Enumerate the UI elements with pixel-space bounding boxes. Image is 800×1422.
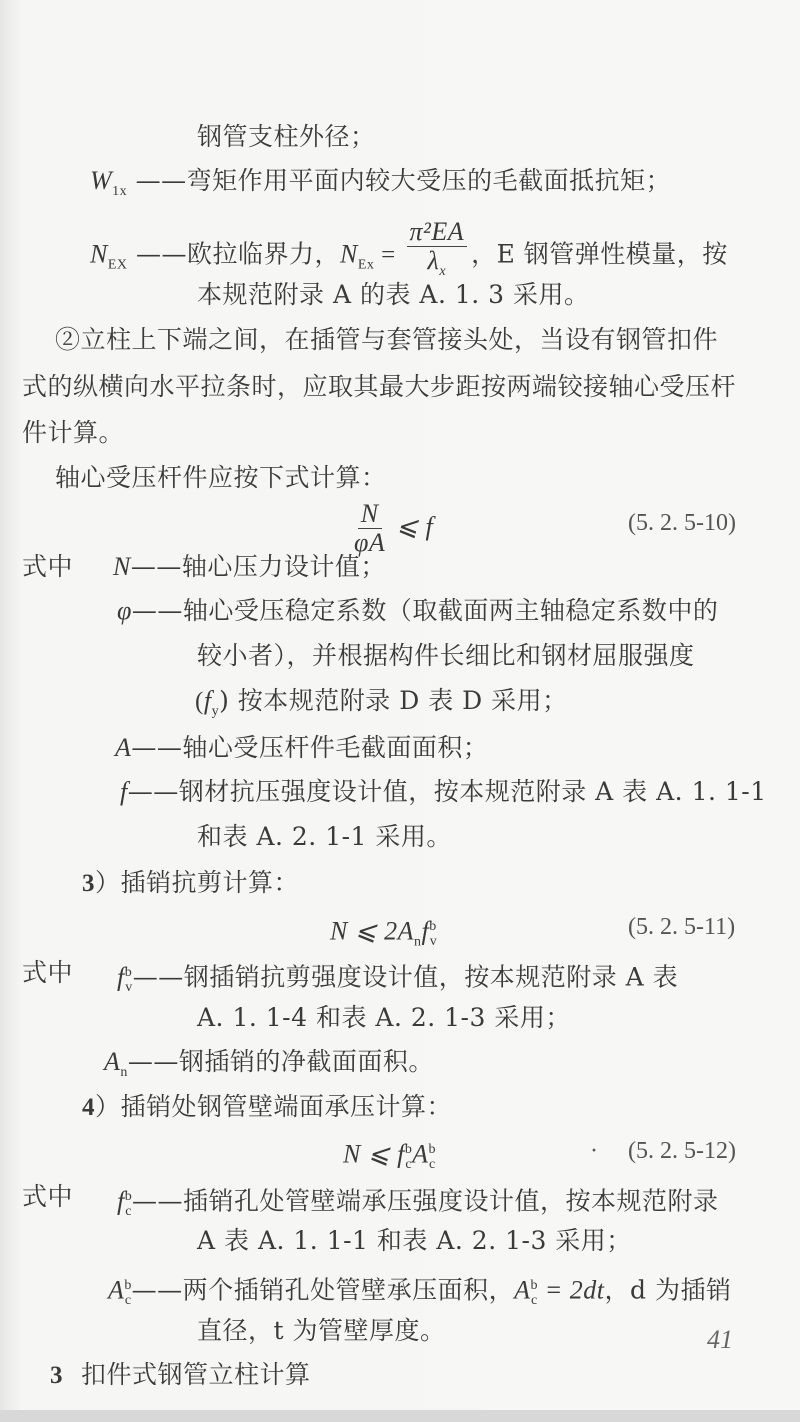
symbol-f: f: [117, 962, 125, 991]
symbol-n: N: [113, 552, 131, 581]
text-line: 直径，t 为管壁厚度。: [197, 1316, 446, 1346]
symbol-sub: n: [414, 934, 422, 949]
item-3-heading: 3）插销抗剪计算：: [82, 868, 299, 899]
text-line: (fy) 按本规范附录 D 表 D 采用；: [195, 686, 568, 727]
section-3-heading: 3扣件式钢管立柱计算: [50, 1360, 311, 1391]
equation-number: (5. 2. 5-12): [628, 1138, 736, 1165]
symbol-sub: c: [531, 1293, 538, 1308]
symbol-sub: x: [439, 264, 446, 279]
page-bottom-edge: [0, 1410, 800, 1422]
symbol-n: N: [90, 240, 108, 269]
symbol-sub: c: [429, 1157, 436, 1172]
equation-number: (5. 2. 5-11): [628, 914, 735, 941]
definition-text: ——轴心压力设计值；: [131, 552, 386, 581]
symbol-sub: EX: [108, 258, 128, 273]
definition-text: ——轴心受压稳定系数（取截面两主轴稳定系数中的: [132, 596, 719, 625]
text-line: 本规范附录 A 的表 A. 1. 3 采用。: [197, 280, 590, 310]
symbol-sub: n: [120, 1065, 128, 1080]
equation-text: N ⩽ 2A: [330, 916, 414, 945]
definition-text: ——钢插销抗剪强度设计值，按本规范附录 A 表: [133, 962, 678, 991]
equation-text: = 2dt: [538, 1275, 605, 1304]
symbol-f: f: [117, 1186, 125, 1215]
item-title: ）插销处钢管壁端面承压计算：: [95, 1092, 452, 1121]
lambda-symbol: λ: [428, 246, 440, 275]
item-title: ）插销抗剪计算：: [95, 868, 299, 897]
definition-text: ，E 钢管弹性模量，按: [471, 240, 728, 269]
fraction: π²EA λx: [407, 218, 468, 286]
equation-number: (5. 2. 5-10): [628, 510, 736, 537]
definition-text: ) 按本规范附录 D 表 D 采用；: [219, 686, 568, 715]
symbol-sub: v: [125, 980, 133, 995]
symbol-a: A: [514, 1275, 530, 1304]
definition-text: ——插销孔处管壁端承压强度设计值，按本规范附录: [132, 1186, 719, 1215]
definition-w1x: W1x ——弯矩作用平面内较大受压的毛截面抵抗矩；: [90, 166, 671, 207]
symbol-sup: b: [429, 919, 437, 934]
item-4-heading: 4）插销处钢管壁端面承压计算：: [82, 1092, 452, 1123]
equation-5-2-5-12: N ⩽ fbcAbc: [343, 1135, 436, 1180]
definition-phi: φ——轴心受压稳定系数（取截面两主轴稳定系数中的: [117, 596, 718, 626]
item-number: 3: [82, 870, 95, 897]
definition-text: ——两个插销孔处管壁承压面积，: [132, 1275, 515, 1304]
equals-sign: =: [374, 242, 402, 269]
fraction: N φA: [354, 500, 385, 557]
definition-a: A——轴心受压杆件毛截面面积；: [115, 733, 488, 763]
symbol-sub: v: [430, 934, 438, 949]
definition-acb: Abc——两个插销孔处管壁承压面积，Abc = 2dt，d 为插销: [108, 1271, 731, 1316]
text-line: 钢管支柱外径；: [197, 122, 376, 152]
symbol-sub: c: [125, 1293, 132, 1308]
symbol-a: A: [115, 733, 131, 762]
paren: (: [195, 688, 204, 715]
equation-5-2-5-10: N φA ⩽ f: [350, 500, 433, 557]
text-line: 轴心受压杆件应按下式计算：: [55, 463, 387, 493]
text-line: A 表 A. 1. 1-1 和表 A. 2. 1-3 采用；: [197, 1226, 632, 1256]
definition-fcb: fbc——插销孔处管壁端承压强度设计值，按本规范附录: [117, 1182, 718, 1227]
item-number: 4: [82, 1094, 95, 1121]
definition-text: ——钢插销的净截面面积。: [128, 1047, 434, 1076]
symbol-w: W: [90, 166, 112, 195]
equation-relation: ⩽ f: [389, 512, 433, 541]
definition-text: ——钢材抗压强度设计值，按本规范附录 A 表 A. 1. 1-1: [128, 777, 767, 806]
paragraph-line: ②立柱上下端之间，在插管与套管接头处，当设有钢管扣件: [55, 325, 718, 355]
symbol-a: A: [412, 1139, 428, 1168]
document-page: 钢管支柱外径； W1x ——弯矩作用平面内较大受压的毛截面抵抗矩； NEX ——…: [0, 0, 800, 1410]
definition-text: ，d 为插销: [605, 1275, 732, 1304]
symbol-f: f: [120, 777, 128, 806]
where-label: 式中: [22, 958, 73, 988]
fraction-numerator: π²EA: [407, 218, 468, 247]
symbol-f: f: [204, 686, 212, 715]
text-line: 和表 A. 2. 1-1 采用。: [197, 822, 452, 852]
section-title: 扣件式钢管立柱计算: [81, 1360, 311, 1389]
paragraph-line: 件计算。: [22, 418, 124, 448]
section-number: 3: [50, 1362, 63, 1389]
formula-symbol: N: [340, 240, 358, 269]
page-number: 41: [707, 1325, 733, 1355]
equation-text: N ⩽ f: [343, 1139, 405, 1168]
definition-f: f——钢材抗压强度设计值，按本规范附录 A 表 A. 1. 1-1: [120, 777, 767, 807]
definition-n: N——轴心压力设计值；: [113, 552, 386, 582]
symbol-a: A: [104, 1047, 120, 1076]
text-line: A. 1. 1-4 和表 A. 2. 1-3 采用；: [197, 1003, 571, 1033]
where-label: 式中: [22, 552, 73, 582]
symbol-sub: Ex: [358, 258, 375, 273]
symbol-sub: c: [125, 1204, 132, 1219]
paragraph-line: 式的纵横向水平拉条时，应取其最大步距按两端铰接轴心受压杆: [22, 372, 736, 402]
symbol-sup: b: [428, 1142, 436, 1157]
text-line: 较小者），并根据构件长细比和钢材屈服强度: [197, 641, 695, 671]
fraction-numerator: N: [358, 500, 382, 529]
definition-an: An——钢插销的净截面面积。: [104, 1047, 434, 1088]
definition-text: ——欧拉临界力，: [136, 240, 340, 269]
symbol-a: A: [108, 1275, 124, 1304]
symbol-sub: y: [212, 704, 220, 719]
definition-text: ——轴心受压杆件毛截面面积；: [131, 733, 488, 762]
definition-fvb: fbv——钢插销抗剪强度设计值，按本规范附录 A 表: [117, 958, 678, 1003]
stray-dot: ·: [590, 1138, 598, 1165]
equation-5-2-5-11: N ⩽ 2Anfbv: [330, 912, 437, 957]
definition-text: ——弯矩作用平面内较大受压的毛截面抵抗矩；: [136, 166, 672, 195]
symbol-sup: b: [125, 965, 133, 980]
symbol-sub: 1x: [112, 184, 127, 199]
symbol-phi: φ: [117, 596, 132, 625]
where-label: 式中: [22, 1182, 73, 1212]
